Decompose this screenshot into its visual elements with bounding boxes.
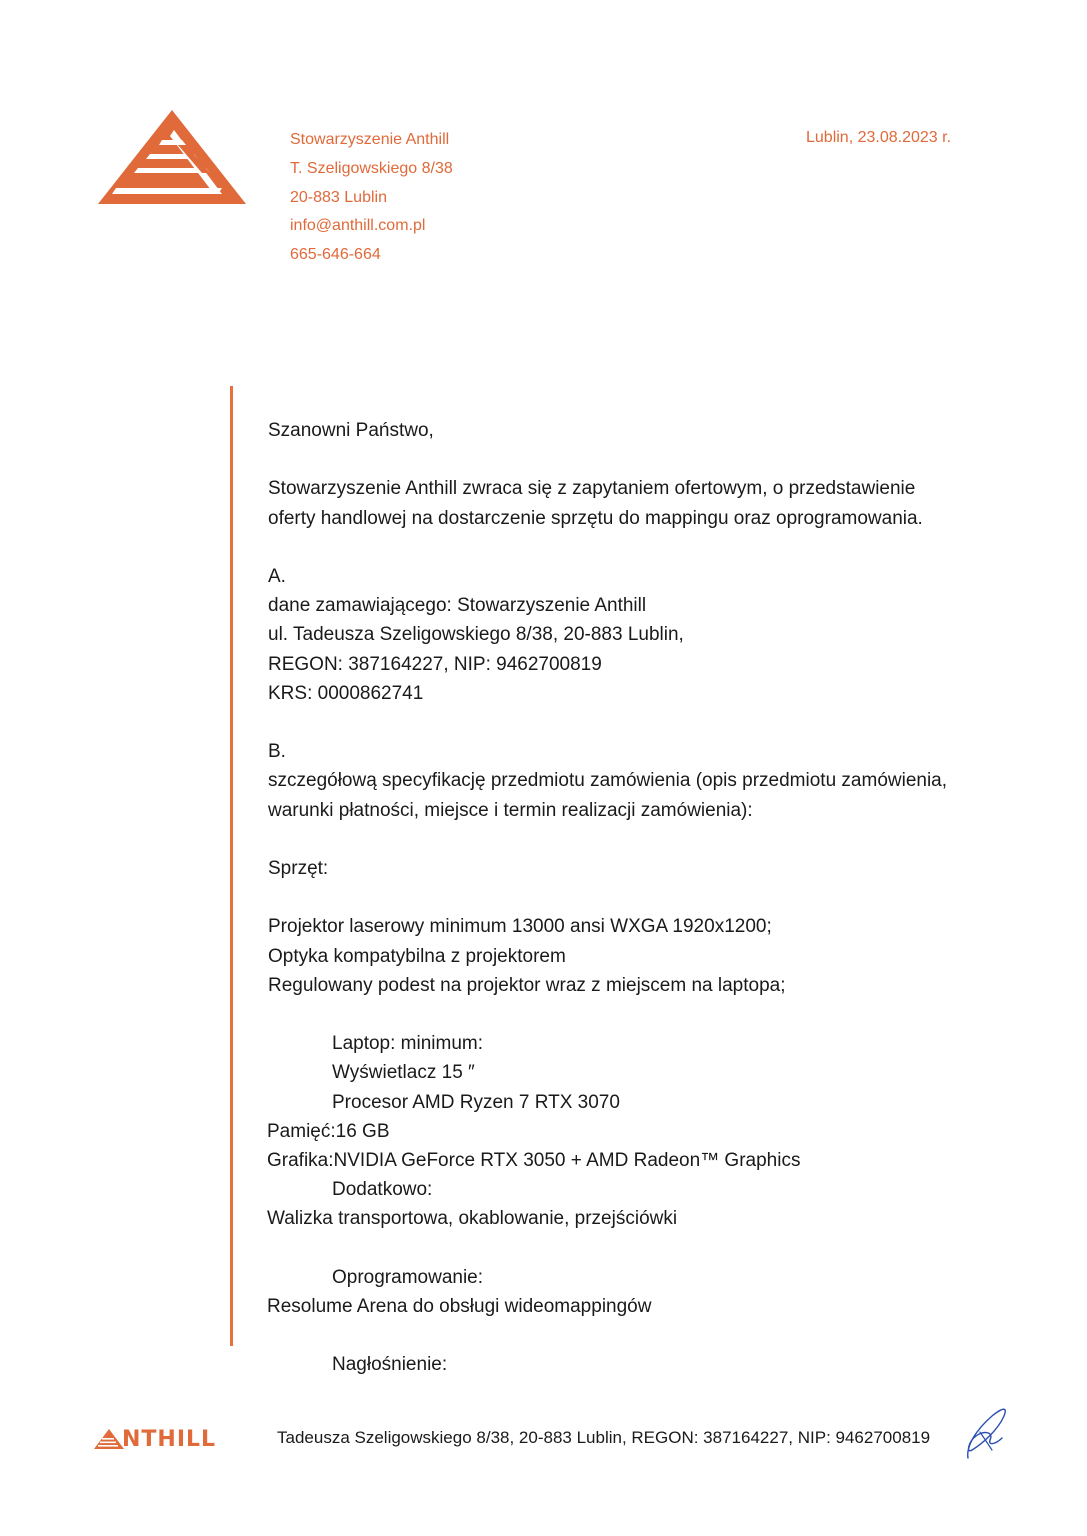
extras-line: Walizka transportowa, okablowanie, przej… [267, 1204, 988, 1233]
salutation: Szanowni Państwo, [268, 416, 988, 445]
laptop-memory: Pamięć:16 GB [267, 1117, 988, 1146]
sender-street: T. Szeligowskiego 8/38 [290, 155, 453, 184]
section-a-label: A. [268, 562, 988, 591]
anthill-logo-icon [98, 110, 246, 206]
laptop-cpu: Procesor AMD Ryzen 7 RTX 3070 [268, 1088, 988, 1117]
sender-city: 20-883 Lublin [290, 184, 453, 213]
signature-icon [962, 1402, 1012, 1462]
anthill-small-logo-icon [94, 1429, 124, 1449]
footer-logo: NTHILL [94, 1426, 216, 1452]
place-date: Lublin, 23.08.2023 r. [806, 126, 951, 150]
intro-line: oferty handlowej na dostarczenie sprzętu… [268, 504, 988, 533]
sound-heading: Nagłośnienie: [268, 1350, 988, 1379]
section-b-line: szczegółową specyfikację przedmiotu zamó… [268, 766, 988, 795]
equipment-item: Optyka kompatybilna z projektorem [268, 942, 988, 971]
sender-address: Stowarzyszenie Anthill T. Szeligowskiego… [290, 126, 453, 270]
letter-body: Szanowni Państwo, Stowarzyszenie Anthill… [268, 416, 988, 1380]
sender-name: Stowarzyszenie Anthill [290, 126, 453, 155]
section-b-label: B. [268, 737, 988, 766]
laptop-graphics: Grafika:NVIDIA GeForce RTX 3050 + AMD Ra… [267, 1146, 988, 1175]
sender-email[interactable]: info@anthill.com.pl [290, 212, 453, 241]
footer-address: Tadeusza Szeligowskiego 8/38, 20-883 Lub… [277, 1426, 930, 1450]
footer-brand: NTHILL [122, 1427, 216, 1452]
accent-bar [230, 386, 233, 1346]
section-b-line: warunki płatności, miejsce i termin real… [268, 796, 988, 825]
section-a-line: KRS: 0000862741 [268, 679, 988, 708]
equipment-heading: Sprzęt: [268, 854, 988, 883]
section-a-line: ul. Tadeusza Szeligowskiego 8/38, 20-883… [268, 620, 988, 649]
equipment-item: Regulowany podest na projektor wraz z mi… [268, 971, 988, 1000]
section-a-line: dane zamawiającego: Stowarzyszenie Anthi… [268, 591, 988, 620]
software-heading: Oprogramowanie: [268, 1263, 988, 1292]
laptop-heading: Laptop: minimum: [268, 1029, 988, 1058]
extras-heading: Dodatkowo: [268, 1175, 988, 1204]
software-item: Resolume Arena do obsługi wideomappingów [267, 1292, 988, 1321]
intro-line: Stowarzyszenie Anthill zwraca się z zapy… [268, 474, 988, 503]
equipment-item: Projektor laserowy minimum 13000 ansi WX… [268, 912, 988, 941]
laptop-display: Wyświetlacz 15 ″ [268, 1058, 988, 1087]
section-a-line: REGON: 387164227, NIP: 9462700819 [268, 650, 988, 679]
sender-phone: 665-646-664 [290, 241, 453, 270]
